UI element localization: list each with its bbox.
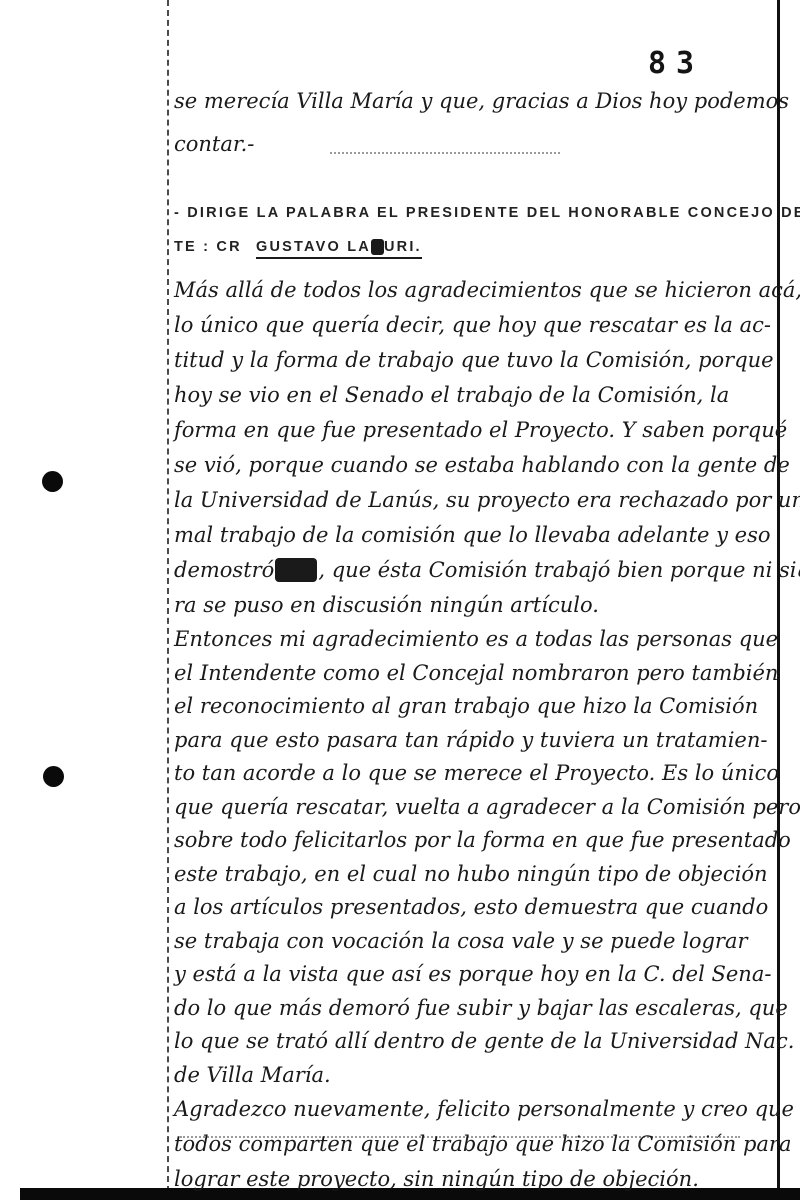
speaker-surname-start: LA (347, 239, 371, 255)
punch-hole-bottom (43, 766, 64, 787)
opening-paragraph: se merecía Villa María y que, gracias a … (174, 80, 780, 166)
handwritten-line: se vió, porque cuando se estaba hablando… (174, 448, 780, 483)
handwritten-line: se trabaja con vocación la cosa vale y s… (174, 925, 780, 959)
speaker-heading: - DIRIGE LA PALABRA EL PRESIDENTE DEL HO… (174, 196, 780, 264)
handwritten-line: ra se puso en discusión ningún artículo. (174, 588, 780, 623)
handwritten-line: todos comparten que el trabajo que hizo … (174, 1127, 780, 1162)
heading-line-2-prefix: TE : CR (174, 239, 242, 255)
scribbled-out-word: hoy (275, 558, 317, 582)
left-margin-rule (167, 0, 169, 1192)
speaker-first-name: GUSTAVO (256, 239, 341, 255)
handwritten-line: este trabajo, en el cual no hubo ningún … (174, 858, 780, 892)
handwritten-line: y está a la vista que así es porque hoy … (174, 958, 780, 992)
text-column: se merecía Villa María y que, gracias a … (174, 80, 780, 1197)
paragraph-1: Más allá de todos los agradecimientos qu… (174, 273, 780, 623)
scanned-document-page: 83 se merecía Villa María y que, gracias… (0, 0, 800, 1200)
handwritten-line: Agradezco nuevamente, felicito personalm… (174, 1092, 780, 1127)
handwritten-line: a los artículos presentados, esto demues… (174, 891, 780, 925)
handwritten-line: lograr este proyecto, sin ningún tipo de… (174, 1162, 780, 1197)
handwritten-line: lo que se trató allí dentro de gente de … (174, 1025, 780, 1059)
handwritten-line: hoy se vio en el Senado el trabajo de la… (174, 378, 780, 413)
handwritten-line: mal trabajo de la comisión que lo llevab… (174, 518, 780, 553)
speaker-surname-end: URI. (384, 239, 422, 255)
handwritten-line: de Villa María. (174, 1059, 780, 1093)
handwritten-line: lo único que quería decir, que hoy que r… (174, 308, 780, 343)
line-with-strikethrough: demostróhoy, que ésta Comisión trabajó b… (174, 553, 780, 588)
paragraph-3: Agradezco nuevamente, felicito personalm… (174, 1092, 780, 1197)
handwritten-line: que quería rescatar, vuelta a agradecer … (174, 791, 780, 825)
page-number: 83 (648, 46, 704, 81)
handwritten-line: el reconocimiento al gran trabajo que hi… (174, 690, 780, 724)
handwritten-line: Entonces mi agradecimiento es a todas la… (174, 623, 780, 657)
handwritten-line: se merecía Villa María y que, gracias a … (174, 80, 780, 123)
handwritten-line: forma en que fue presentado el Proyecto.… (174, 413, 780, 448)
strike-line-post: , que ésta Comisión trabajó bien porque … (318, 558, 800, 582)
speaker-name-underlined: GUSTAVO LAZURI. (256, 239, 422, 259)
handwritten-line: el Intendente como el Concejal nombraron… (174, 657, 780, 691)
strike-line-pre: demostró (174, 558, 274, 582)
heading-line-2: TE : CR GUSTAVO LAZURI. (174, 230, 780, 264)
handwritten-line: to tan acorde a lo que se merece el Proy… (174, 757, 780, 791)
handwritten-line: sobre todo felicitarlos por la forma en … (174, 824, 780, 858)
heading-line-1: - DIRIGE LA PALABRA EL PRESIDENTE DEL HO… (174, 196, 780, 230)
handwritten-line: Más allá de todos los agradecimientos qu… (174, 273, 780, 308)
paragraph-1-lines-after: ra se puso en discusión ningún artículo. (174, 588, 780, 623)
handwritten-line: para que esto pasara tan rápido y tuvier… (174, 724, 780, 758)
ink-blot: Z (371, 239, 384, 255)
handwritten-line: do lo que más demoró fue subir y bajar l… (174, 992, 780, 1026)
handwritten-line: la Universidad de Lanús, su proyecto era… (174, 483, 780, 518)
paragraph-2: Entonces mi agradecimiento es a todas la… (174, 623, 780, 1092)
handwritten-line: contar.- (174, 123, 780, 166)
handwritten-line: titud y la forma de trabajo que tuvo la … (174, 343, 780, 378)
punch-hole-top (42, 471, 63, 492)
paragraph-1-lines-before: Más allá de todos los agradecimientos qu… (174, 273, 780, 553)
